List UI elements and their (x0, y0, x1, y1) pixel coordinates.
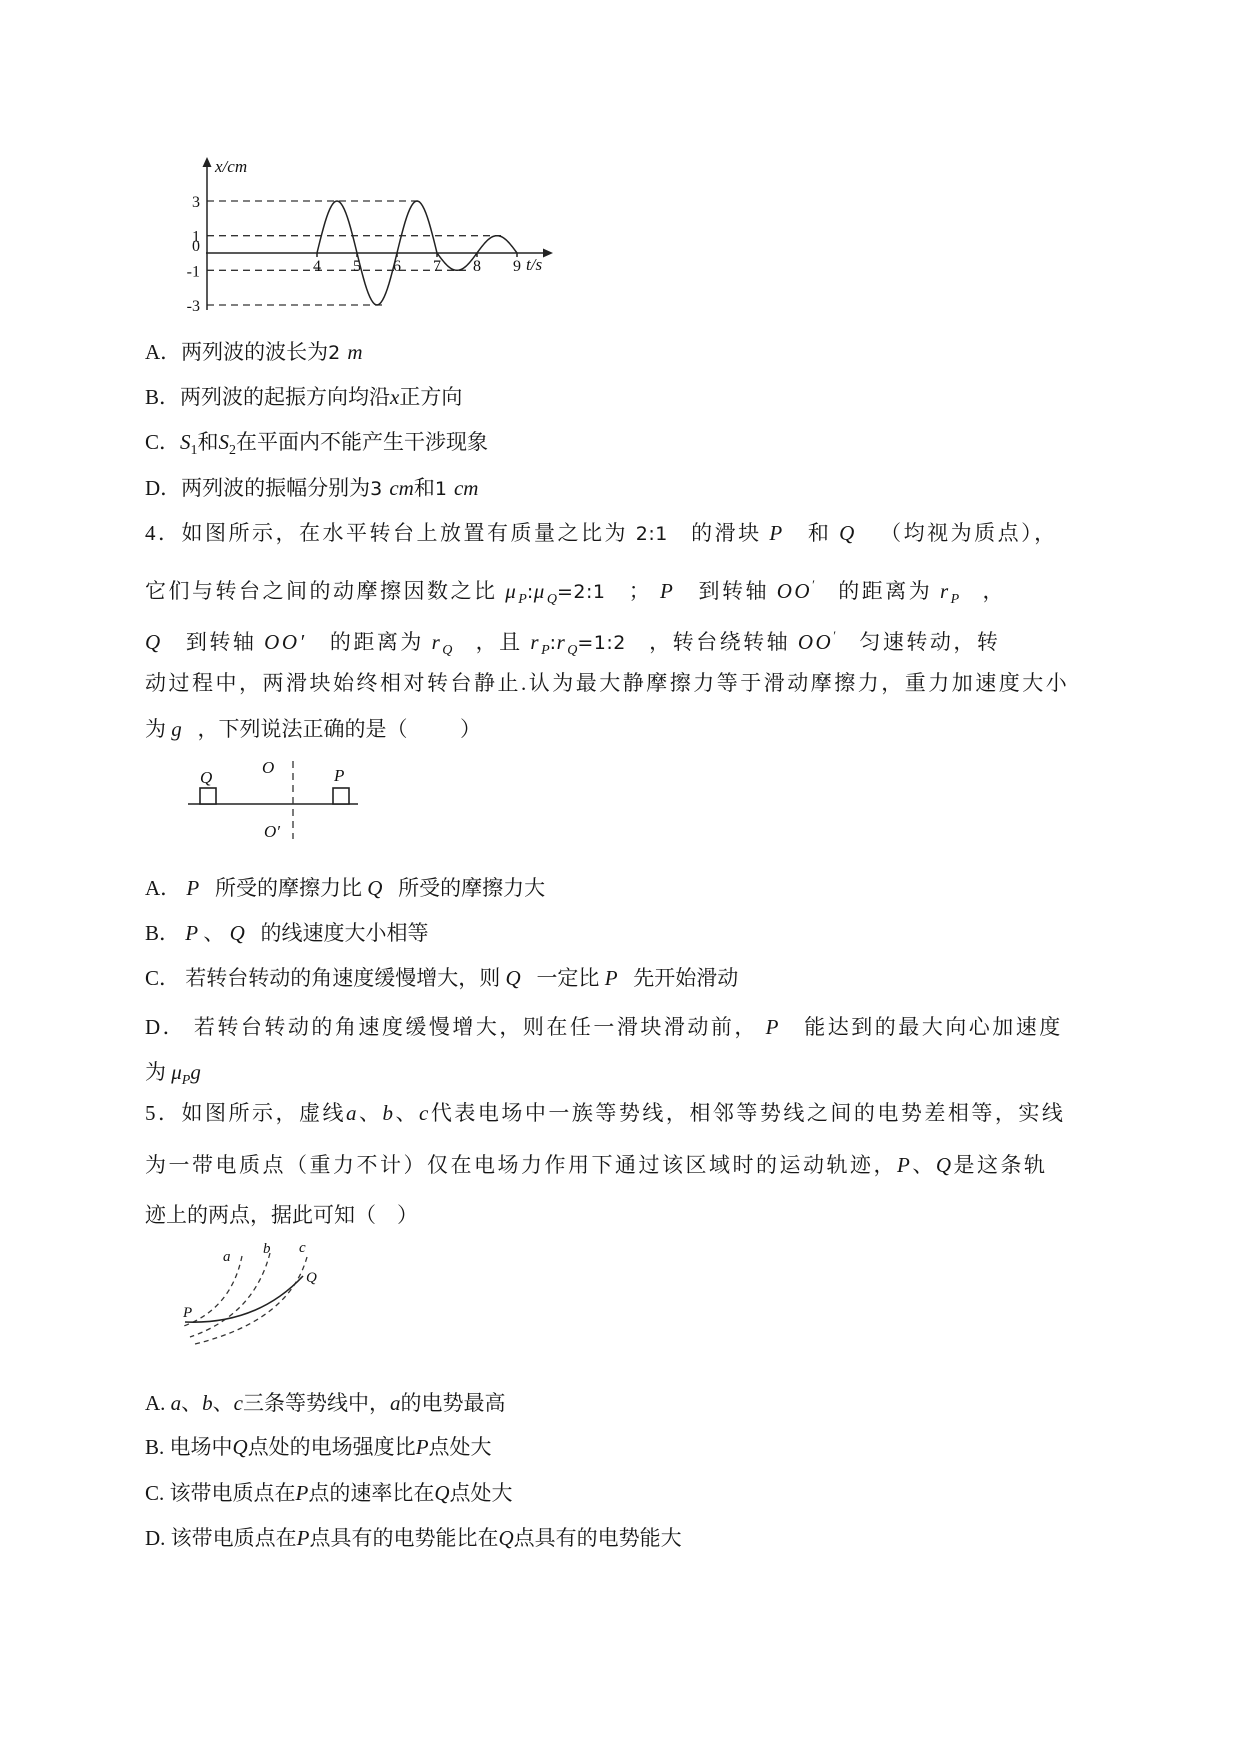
y-tick-label: -1 (187, 263, 200, 280)
q5-stem-line-1: 5．如图所示，虚线a、b、c代表电场中一族等势线，相邻等势线之间的电势差相等，实… (145, 1097, 1065, 1129)
text-run: 到转轴 (163, 630, 265, 654)
text-run: 正方向 (399, 385, 462, 409)
q5-option-a: A. a、b、c三条等势线中，a的电势最高 (145, 1387, 506, 1419)
math-run: Q (567, 643, 577, 658)
y-tick-label: 3 (192, 194, 200, 211)
q5-option-c: C. 该带电质点在P点的速率比在Q点处大 (145, 1477, 513, 1509)
math-run: P (541, 643, 550, 658)
text-run: 为 (145, 1060, 171, 1084)
text-run: 、 (396, 1101, 420, 1125)
text-run: 点处的电场强度比 (248, 1435, 416, 1459)
q4-stem-line-2: 它们与转台之间的动摩擦因数之比 μP:μQ=2:1 ； P 到转轴 OO′ 的距… (145, 569, 1006, 616)
math-run: Q (442, 643, 452, 658)
math-run: Q (936, 1153, 954, 1177)
math-run: P (186, 876, 199, 900)
math-run: 3 (370, 478, 389, 500)
x-tick-label: 8 (473, 258, 481, 275)
math-run: : (527, 581, 534, 603)
math-run: b (383, 1101, 396, 1125)
math-run: P (297, 1526, 310, 1550)
q5-stem-line-2: 为一带电质点（重力不计）仅在电场力作用下通过该区域时的运动轨迹，P、Q是这条轨 (145, 1149, 1048, 1181)
equipotential-curve-c (195, 1257, 307, 1344)
q3-option-c: C．S1和S2在平面内不能产生干涉现象 (145, 426, 488, 467)
text-run: ，转台绕转轴 (626, 630, 798, 654)
math-run: 2 (328, 342, 347, 364)
math-run: P (951, 592, 960, 607)
math-run: cm (454, 476, 479, 500)
math-run: P (518, 592, 527, 607)
wave-graph-figure: 456789310-1-3x/cmt/s (160, 140, 560, 320)
text-run: 的电势最高 (401, 1391, 506, 1415)
y-tick-label: -3 (187, 298, 200, 315)
q4-option-d-continuation: 为 μPg (145, 1056, 201, 1097)
text-run: 动过程中，两滑块始终相对转台静止.认为最大静摩擦力等于滑动摩擦力，重力加速度大小 (145, 671, 1069, 695)
label-p: P (333, 766, 344, 785)
text-run: 到转轴 (675, 579, 777, 603)
math-run: S (180, 430, 191, 454)
math-run: Q (145, 630, 163, 654)
text-run: A. (145, 1391, 171, 1415)
math-run: a (390, 1391, 401, 1415)
math-run: c (234, 1391, 243, 1415)
math-run: Q (499, 1526, 514, 1550)
math-run: μ (534, 579, 547, 603)
label-q: Q (306, 1270, 317, 1286)
math-run: Q (230, 921, 245, 945)
exam-page: 456789310-1-3x/cmt/s A．两列波的波长为2 m B．两列波的… (0, 0, 1240, 1754)
label-b: b (263, 1241, 271, 1257)
label-a: a (223, 1249, 231, 1265)
text-run: 、 (359, 1101, 383, 1125)
text-run: 迹上的两点，据此可知（ ） (145, 1203, 418, 1227)
text-run: A． (145, 876, 186, 900)
math-run: c (419, 1101, 431, 1125)
text-run: C． (145, 430, 180, 454)
math-run: x (390, 385, 399, 409)
text-run: 、 (181, 1391, 202, 1415)
text-run: 能达到的最大向心加速度 (781, 1015, 1063, 1039)
q5-option-d: D. 该带电质点在P点具有的电势能比在Q点具有的电势能大 (145, 1522, 682, 1554)
math-run: 2:1 (636, 523, 668, 545)
math-run: S (219, 430, 230, 454)
text-run: 它们与转台之间的动摩擦因数之比 (145, 579, 505, 603)
math-run: a (171, 1391, 182, 1415)
text-run: 匀速转动，转 (836, 630, 1000, 654)
text-run: 是这条轨 (954, 1153, 1048, 1177)
text-run: 一定比 (521, 966, 605, 990)
label-o-prime: O′ (264, 822, 280, 841)
q4-stem-line-4: 动过程中，两滑块始终相对转台静止.认为最大静摩擦力等于滑动摩擦力，重力加速度大小 (145, 667, 1069, 699)
math-run: P (897, 1153, 912, 1177)
text-run: 的距离为 (307, 630, 432, 654)
text-run: B．两列波的起振方向均沿 (145, 385, 390, 409)
math-run: Q (547, 592, 557, 607)
text-run: 的滑块 (668, 521, 770, 545)
label-p: P (182, 1305, 192, 1321)
text-run: B. 电场中 (145, 1435, 233, 1459)
q3-option-a: A．两列波的波长为2 m (145, 336, 362, 369)
text-run: 4．如图所示，在水平转台上放置有质量之比为 (145, 521, 636, 545)
math-run: Q (839, 521, 857, 545)
math-run: P (766, 1015, 781, 1039)
text-run: 和 (198, 430, 219, 454)
q4-option-c: C． 若转台转动的角速度缓慢增大，则 Q 一定比 P 先开始滑动 (145, 962, 738, 994)
math-run: : (550, 632, 557, 654)
math-run: P (185, 921, 198, 945)
text-run: 、 (912, 1153, 936, 1177)
text-run: 点具有的电势能大 (514, 1526, 682, 1550)
text-run: 的线速度大小相等 (245, 921, 429, 945)
text-run: 先开始滑动 (618, 966, 739, 990)
math-run: g (171, 717, 182, 741)
math-run: P (769, 521, 784, 545)
x-tick-label: 4 (313, 258, 321, 275)
math-run: 1 (435, 478, 454, 500)
math-run: P (605, 966, 618, 990)
x-tick-label: 9 (513, 258, 521, 275)
text-run: 为 (145, 717, 171, 741)
text-run: 和 (414, 476, 435, 500)
q4-stem-line-5: 为 g ，下列说法正确的是（ ） (145, 713, 481, 745)
q5-option-b: B. 电场中Q点处的电场强度比P点处大 (145, 1431, 492, 1463)
text-run: ； (605, 579, 660, 603)
math-run: OO (777, 579, 812, 603)
text-run: 在平面内不能产生干涉现象 (236, 430, 488, 454)
text-run: 点的速率比在 (308, 1481, 434, 1505)
math-run: 1 (191, 443, 198, 458)
text-run: 和 (785, 521, 840, 545)
text-run: 所受的摩擦力大 (382, 876, 545, 900)
text-run: D． 若转台转动的角速度缓慢增大，则在任一滑块滑动前， (145, 1015, 766, 1039)
math-run: Q (367, 876, 382, 900)
math-run: r (432, 630, 443, 654)
math-run: b (202, 1391, 213, 1415)
block-p (333, 788, 349, 804)
x-axis-title: t/s (526, 255, 542, 274)
q4-option-a: A． P 所受的摩擦力比 Q 所受的摩擦力大 (145, 872, 545, 904)
text-run: 三条等势线中， (243, 1391, 390, 1415)
y-tick-label: 0 (192, 238, 200, 255)
equipotential-curve-b (190, 1253, 270, 1337)
text-run: D．两列波的振幅分别为 (145, 476, 370, 500)
text-run: 的距离为 (815, 579, 940, 603)
math-run: =2:1 (557, 581, 606, 603)
q3-option-b: B．两列波的起振方向均沿x正方向 (145, 381, 462, 413)
math-run: r (530, 630, 541, 654)
math-run: μ (171, 1060, 182, 1084)
q3-option-d: D．两列波的振幅分别为3 cm和1 cm (145, 472, 478, 505)
text-run: 点具有的电势能比在 (310, 1526, 499, 1550)
text-run: 点处大 (450, 1481, 513, 1505)
text-run: 为一带电质点（重力不计）仅在电场力作用下通过该区域时的运动轨迹， (145, 1153, 897, 1177)
text-run: 、 (213, 1391, 234, 1415)
text-run: （均视为质点）， (857, 521, 1058, 545)
math-run: r (557, 630, 568, 654)
text-run: 、 (198, 921, 230, 945)
math-run: OO′ (264, 630, 306, 654)
equipotential-figure: a b c P Q (165, 1238, 355, 1363)
math-run: μ (505, 579, 518, 603)
math-run: Q (434, 1481, 449, 1505)
label-c: c (299, 1240, 306, 1256)
text-run: 5．如图所示，虚线 (145, 1101, 346, 1125)
text-run: C． 若转台转动的角速度缓慢增大，则 (145, 966, 506, 990)
x-tick-label: 7 (433, 258, 441, 275)
math-run: 2 (229, 443, 236, 458)
text-run: A．两列波的波长为 (145, 340, 328, 364)
label-o: O (262, 758, 274, 777)
text-run: ， (959, 579, 1006, 603)
q4-stem-line-1: 4．如图所示，在水平转台上放置有质量之比为 2:1 的滑块 P 和 Q （均视为… (145, 517, 1058, 550)
text-run: B． (145, 921, 185, 945)
math-run: Q (506, 966, 521, 990)
y-axis-title: x/cm (214, 157, 247, 176)
text-run: 所受的摩擦力比 (199, 876, 367, 900)
text-run: 点处大 (429, 1435, 492, 1459)
math-run: a (346, 1101, 359, 1125)
turntable-figure: Q P O O′ (180, 755, 375, 850)
q4-option-b: B． P 、 Q 的线速度大小相等 (145, 917, 429, 949)
math-run: OO (798, 630, 833, 654)
math-run: Q (233, 1435, 248, 1459)
text-run: D. 该带电质点在 (145, 1526, 297, 1550)
math-run: P (416, 1435, 429, 1459)
q4-stem-line-3: Q 到转轴 OO′ 的距离为 rQ ，且 rP:rQ=1:2 ，转台绕转轴 OO… (145, 620, 1000, 667)
text-run: ，且 (452, 630, 530, 654)
math-run: cm (389, 476, 414, 500)
q4-option-d: D． 若转台转动的角速度缓慢增大，则在任一滑块滑动前， P 能达到的最大向心加速… (145, 1011, 1063, 1043)
text-run: C. 该带电质点在 (145, 1481, 296, 1505)
text-run: 代表电场中一族等势线，相邻等势线之间的电势差相等，实线 (431, 1101, 1066, 1125)
math-run: r (940, 579, 951, 603)
x-axis-arrow (543, 249, 553, 258)
block-q (200, 788, 216, 804)
math-run: g (190, 1060, 201, 1084)
q5-stem-line-3: 迹上的两点，据此可知（ ） (145, 1199, 418, 1231)
trajectory-curve (185, 1276, 303, 1322)
label-q: Q (200, 768, 212, 787)
math-run: m (347, 340, 362, 364)
math-run: P (660, 579, 675, 603)
y-axis-arrow (203, 157, 212, 167)
math-run: =1:2 (577, 632, 626, 654)
math-run: P (296, 1481, 309, 1505)
text-run: ，下列说法正确的是（ ） (182, 717, 481, 741)
